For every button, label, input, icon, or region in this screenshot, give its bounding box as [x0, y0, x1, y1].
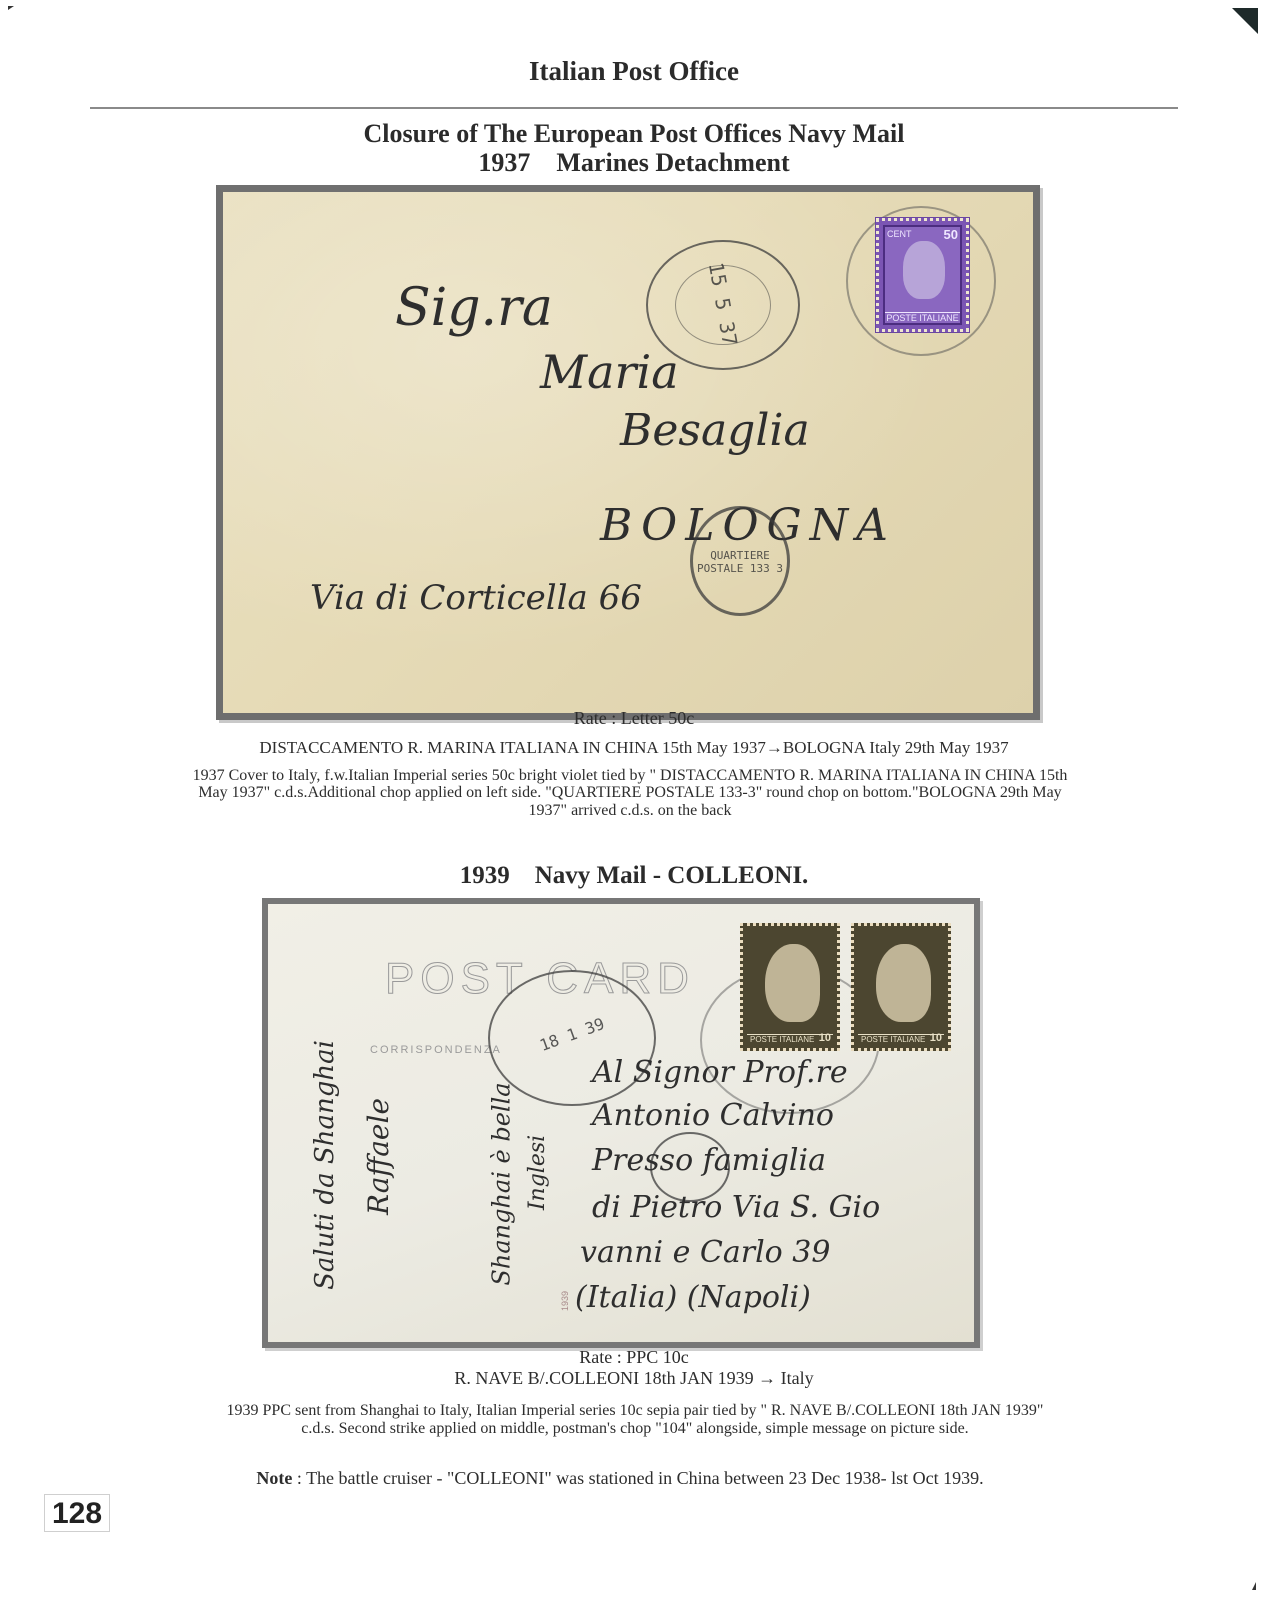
scan-corner-mark	[1252, 1582, 1256, 1590]
page-number: 128	[44, 1494, 110, 1532]
postcard-printed-sub: CORRISPONDENZA	[370, 1044, 502, 1056]
section1-title-line1: Closure of The European Post Offices Nav…	[0, 119, 1268, 148]
message-line: Shanghai è bella	[488, 1082, 516, 1285]
header-divider	[90, 107, 1178, 109]
stamp-value: 10	[819, 1032, 831, 1044]
section1-route: DISTACCAMENTO R. MARINA ITALIANA IN CHIN…	[0, 738, 1268, 758]
portrait-icon	[876, 944, 931, 1022]
handwriting-line: Sig.ra	[395, 278, 553, 338]
section1-title-line2: 1937 Marines Detachment	[0, 148, 1268, 177]
section2-title: 1939 Navy Mail - COLLEONI.	[0, 862, 1268, 890]
stamp-50c-violet: CENT 50 POSTE ITALIANE	[876, 218, 969, 332]
scan-corner-mark	[8, 6, 14, 10]
note-text: : The battle cruiser - "COLLEONI" was st…	[292, 1468, 983, 1488]
stamp-value: 10	[930, 1032, 942, 1044]
section1-rate: Rate : Letter 50c	[0, 708, 1268, 729]
side-date-stamp: 1939	[560, 1291, 570, 1311]
stamp-10c-sepia: POSTE ITALIANE 10	[851, 923, 951, 1051]
handwriting-line: Via di Corticella 66	[310, 578, 642, 618]
section2-note: Note : The battle cruiser - "COLLEONI" w…	[200, 1468, 1040, 1489]
handwriting-line: Maria	[540, 345, 679, 399]
postmark-quartiere-postale: QUARTIERE POSTALE 133 3	[690, 506, 790, 616]
address-line: (Italia) (Napoli)	[575, 1280, 811, 1315]
section2-rate: Rate : PPC 10c	[0, 1347, 1268, 1368]
section1-title: Closure of The European Post Offices Nav…	[0, 119, 1268, 177]
portrait-icon	[903, 241, 945, 299]
handwriting-line: Besaglia	[620, 405, 810, 456]
portrait-icon	[765, 944, 820, 1022]
message-line: Raffaele	[362, 1098, 395, 1215]
section2-description: 1939 PPC sent from Shanghai to Italy, It…	[210, 1402, 1060, 1437]
stamp-label: POSTE ITALIANE	[885, 312, 960, 323]
stamp-cent-label: CENT	[887, 229, 912, 239]
message-line: Saluti da Shanghai	[310, 1040, 340, 1290]
address-line: Antonio Calvino	[592, 1098, 834, 1133]
note-label: Note	[256, 1468, 292, 1488]
address-line: di Pietro Via S. Gio	[592, 1190, 880, 1225]
section1-description: 1937 Cover to Italy, f.w.Italian Imperia…	[190, 767, 1070, 819]
page-corner-tab	[1232, 8, 1258, 34]
address-line: Al Signor Prof.re	[592, 1055, 848, 1090]
stamp-10c-sepia: POSTE ITALIANE 10	[740, 923, 840, 1051]
address-line: Presso famiglia	[592, 1143, 826, 1178]
section2-route: R. NAVE B/.COLLEONI 18th JAN 1939 → Ital…	[0, 1368, 1268, 1389]
chop-text: QUARTIERE POSTALE 133 3	[693, 549, 787, 575]
page-title: Italian Post Office	[0, 56, 1268, 87]
stamp-value: 50	[944, 227, 958, 242]
address-line: vanni e Carlo 39	[580, 1235, 830, 1270]
message-line: Inglesi	[525, 1135, 550, 1210]
